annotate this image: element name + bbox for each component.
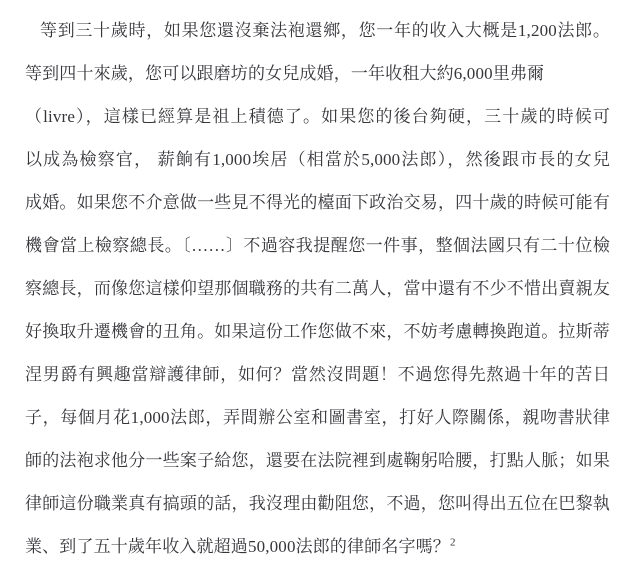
text-line-content: 業、到了五十歲年收入就超過50,000法郎的律師名字嗎？	[25, 537, 450, 556]
text-line: 師的法袍求他分一些案子給您，還要在法院裡到處鞠躬哈腰，打點人脈；如果	[25, 439, 610, 482]
paragraph-body-text: 等到三十歲時，如果您還沒棄法袍還鄉，您一年的收入大概是1,200法郎。 等到四十…	[25, 9, 610, 568]
text-line: 涅男爵有興趣當辯護律師，如何？當然沒問題！不過您得先熬過十年的苦日	[25, 353, 610, 396]
text-line: （livre），這樣已經算是祖上積德了。如果您的後台夠硬，三十歲的時候可	[25, 95, 610, 138]
text-line: 業、到了五十歲年收入就超過50,000法郎的律師名字嗎？2	[25, 525, 610, 568]
text-line: 察總長，而像您這樣仰望那個職務的共有二萬人，當中還有不少不惜出賣親友	[25, 267, 610, 310]
text-line: 等到四十來歲，您可以跟磨坊的女兒成婚，一年收租大約6,000里弗爾	[25, 52, 610, 95]
text-line: 律師這份職業真有搞頭的話，我沒理由勸阻您，不過，您叫得出五位在巴黎執	[25, 482, 610, 525]
text-line: 子，每個月花1,000法郎，弄間辦公室和圖書室，打好人際關係，親吻書狀律	[25, 396, 610, 439]
text-line: 等到三十歲時，如果您還沒棄法袍還鄉，您一年的收入大概是1,200法郎。	[25, 9, 610, 52]
document-page: 等到三十歲時，如果您還沒棄法袍還鄉，您一年的收入大概是1,200法郎。 等到四十…	[0, 0, 640, 588]
text-line: 好換取升遷機會的丑角。如果這份工作您做不來，不妨考慮轉換跑道。拉斯蒂	[25, 310, 610, 353]
text-line: 成婚。如果您不介意做一些見不得光的檯面下政治交易，四十歲的時候可能有	[25, 181, 610, 224]
text-line: 以成為檢察官， 薪餉有1,000埃居（相當於5,000法郎），然後跟市長的女兒	[25, 138, 610, 181]
text-line: 機會當上檢察總長。〔……〕不過容我提醒您一件事，整個法國只有二十位檢	[25, 224, 610, 267]
footnote-marker: 2	[450, 536, 456, 548]
